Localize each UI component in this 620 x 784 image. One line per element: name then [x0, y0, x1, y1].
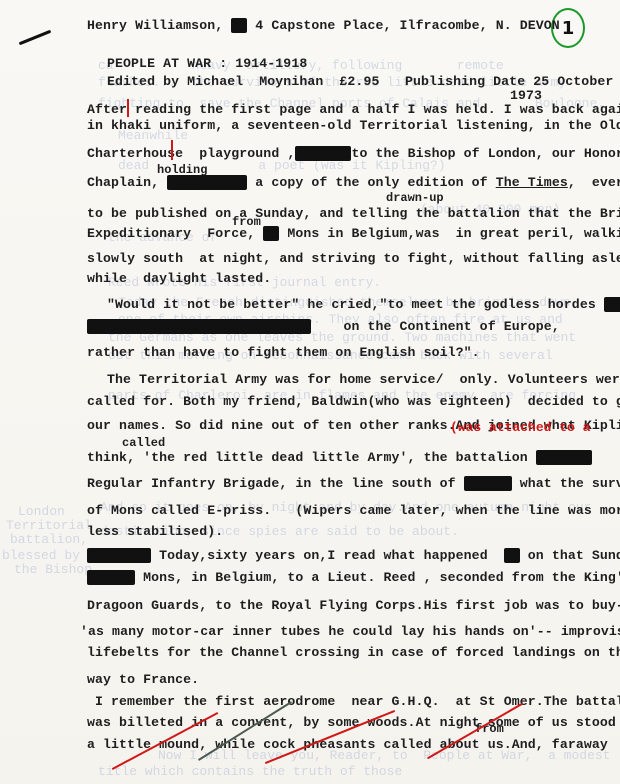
body-line: Regular Infantry Brigade, in the line so…	[87, 476, 620, 491]
text-span: Regular Infantry Brigade, in the line so…	[87, 476, 464, 491]
body-line: way to France.	[87, 672, 199, 687]
body-line: slowly south at night, and striving to f…	[87, 251, 620, 266]
handwritten-insertion: (was attached to a	[450, 420, 590, 435]
margin-pen-stroke	[19, 30, 52, 46]
text-span: Charterhouse playground ,	[87, 146, 295, 161]
text-span: , ever	[568, 175, 620, 190]
red-caret-mark	[171, 140, 173, 160]
struck-text: #####	[604, 297, 620, 312]
handwritten-insertion: drawn-up	[386, 191, 444, 205]
text-span: a copy of the only edition of	[247, 175, 495, 190]
address: 4 Capstone Place, Ilfracombe, N. DEVON	[247, 18, 560, 33]
struck-text: ##	[504, 548, 520, 563]
text-span: Expeditionary Force,	[87, 226, 263, 241]
struck-text: ############################	[87, 319, 311, 334]
struck-text: ######	[464, 476, 512, 491]
text-span: think, 'the red little dead little Army'…	[87, 450, 536, 465]
text-span: Mons, in Belgium, to a Lieut. Reed , sec…	[135, 570, 620, 585]
body-line: I remember the first aerodrome near G.H.…	[95, 694, 620, 709]
body-line: 'as many motor-car inner tubes he could …	[80, 624, 620, 639]
page-number: 1	[562, 18, 575, 39]
underlined-title: The Times	[496, 175, 568, 190]
body-line: called for. Both my friend, Baldwin(who …	[87, 394, 620, 409]
book-title: PEOPLE AT WAR : 1914-1918	[107, 56, 307, 71]
struck-text: ##########	[167, 175, 247, 190]
text-span: Mons in Belgium,was in great peril, walk…	[279, 226, 620, 241]
bleed-through-text: title which contains the truth of those	[98, 764, 402, 779]
text-span: to the Bishop of London, our Honorary	[351, 146, 620, 161]
typewritten-page: ca heavy artillery, following remote fla…	[0, 0, 620, 784]
body-line: in khaki uniform, a seventeen-old Territ…	[87, 118, 620, 133]
body-line: Charterhouse playground ,#######to the B…	[87, 146, 620, 161]
publishing-year: 1973	[510, 88, 542, 103]
struck-text: ########	[87, 548, 151, 563]
publishing-date: Publishing Date 25 October	[405, 74, 613, 89]
text-span: Today,sixty years on,I read what happene…	[151, 548, 504, 563]
body-line: lifebelts for the Channel crossing in ca…	[87, 645, 620, 660]
handwritten-insertion: called	[122, 436, 165, 450]
text-span: on that Sunday at	[520, 548, 620, 563]
body-line: less stabilised).	[87, 524, 223, 539]
struck-text: ##	[263, 226, 279, 241]
struck-text: #######	[295, 146, 351, 161]
struck-text: ##	[231, 18, 247, 33]
text-span: "Would it not be better" he cried,"to me…	[107, 297, 604, 312]
body-line: "Would it not be better" he cried,"to me…	[107, 297, 620, 312]
bleed-through-margin-note: Territorial	[6, 518, 92, 533]
text-span: what the survivors	[512, 476, 620, 491]
editor-price: Edited by Michael Moynihan £2.95	[107, 74, 379, 89]
body-line: Expeditionary Force, ## Mons in Belgium,…	[87, 226, 620, 241]
red-caret-mark	[127, 99, 129, 117]
text-span: on the Continent of Europe,	[311, 319, 559, 334]
body-line: Dragoon Guards, to the Royal Flying Corp…	[87, 598, 620, 613]
body-line: ###### Mons, in Belgium, to a Lieut. Ree…	[87, 570, 620, 585]
bleed-through-margin-note: the Bishop	[14, 562, 92, 577]
body-line: Chaplain, ########## a copy of the only …	[87, 175, 620, 190]
body-line: ######## Today,sixty years on,I read wha…	[87, 548, 620, 563]
body-line: After reading the first page and a half …	[87, 102, 620, 117]
text-span: Chaplain,	[87, 175, 167, 190]
body-line: ############################ on the Cont…	[87, 319, 560, 334]
struck-text: ######	[87, 570, 135, 585]
author-name: Henry Williamson,	[87, 18, 231, 33]
body-line: of Mons called E-priss. (Wipers came lat…	[87, 503, 620, 518]
body-line: The Territorial Army was for home servic…	[107, 372, 620, 387]
author-address-line: Henry Williamson, ## 4 Capstone Place, I…	[87, 18, 560, 33]
struck-text: #######	[536, 450, 592, 465]
body-line: while daylight lasted.	[87, 271, 271, 286]
body-line: rather than have to fight them on Englis…	[87, 345, 480, 360]
bleed-through-margin-note: London	[18, 504, 65, 519]
body-line: think, 'the red little dead little Army'…	[87, 450, 592, 465]
bleed-through-margin-note: battalion,	[10, 532, 88, 547]
bleed-through-margin-note: blessed by	[2, 548, 80, 563]
body-line: to be published on a Sunday, and telling…	[87, 206, 620, 221]
